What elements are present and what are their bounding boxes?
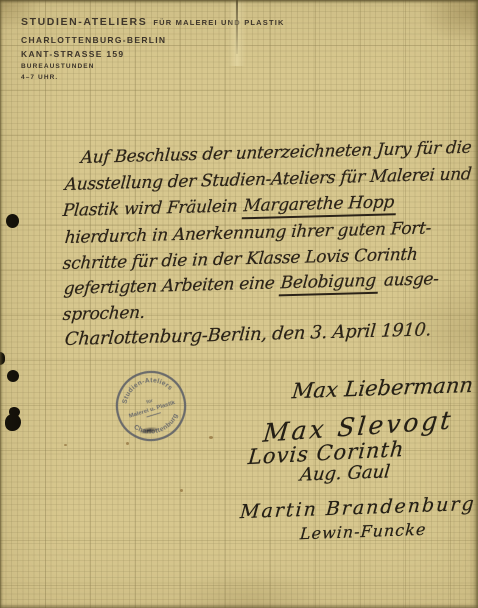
stamp-line-fuer: für bbox=[146, 398, 154, 406]
edge-ink-mark bbox=[0, 352, 5, 365]
body-line-2: Ausstellung der Studien-Ateliers für Mal… bbox=[64, 164, 472, 195]
recipient-name-underlined: Margarethe Hopp bbox=[242, 192, 398, 219]
paper-speck bbox=[209, 436, 213, 439]
signature-martin-brandenburg: Martin Brandenburg bbox=[239, 493, 476, 523]
award-word-underlined: Belobigung bbox=[279, 271, 380, 297]
body-line-6: gefertigten Arbeiten eine Belobigung aus… bbox=[63, 269, 439, 299]
org-qualifier: FÜR MALEREI UND PLASTIK bbox=[153, 18, 284, 27]
org-name: STUDIEN-ATELIERS bbox=[21, 16, 147, 28]
body-line-6-text: gefertigten Arbeiten eine bbox=[63, 273, 280, 299]
date-line: Charlottenburg-Berlin, den 3. April 1910… bbox=[64, 319, 432, 350]
paper-speck bbox=[64, 444, 67, 446]
body-line-7: sprochen. bbox=[62, 303, 146, 325]
body-line-3: Plastik wird Fräulein Margarethe Hopp bbox=[62, 192, 398, 221]
paper-speck bbox=[126, 442, 129, 445]
paper-crease bbox=[236, 0, 238, 54]
signature-max-liebermann: Max Liebermann bbox=[291, 373, 474, 403]
body-line-3-text: Plastik wird Fräulein bbox=[62, 196, 243, 221]
body-line-5: schritte für die in der Klasse Lovis Cor… bbox=[62, 245, 418, 274]
studio-stamp: Studien-Ateliers für Malerei u. Plastik … bbox=[105, 360, 197, 452]
signature-lewin-funcke: Lewin-Funcke bbox=[299, 520, 427, 543]
stamp-ring bbox=[108, 363, 193, 448]
paper-speck bbox=[180, 489, 183, 492]
punch-hole-middle bbox=[7, 370, 19, 382]
signature-aug-gaul: Aug. Gaul bbox=[299, 461, 391, 485]
ink-blot-lower bbox=[5, 414, 21, 431]
body-line-6-text-after: ausge- bbox=[378, 269, 439, 291]
body-line-4: hierdurch in Anerkennung ihrer guten For… bbox=[64, 218, 432, 248]
letter-page: STUDIEN-ATELIERSFÜR MALEREI UND PLASTIK … bbox=[0, 0, 478, 608]
punch-hole-top bbox=[6, 214, 19, 228]
body-line-1: Auf Beschluss der unterzeichneten Jury f… bbox=[80, 138, 472, 168]
letterhead-hours-value: 4–7 UHR. bbox=[21, 74, 285, 81]
